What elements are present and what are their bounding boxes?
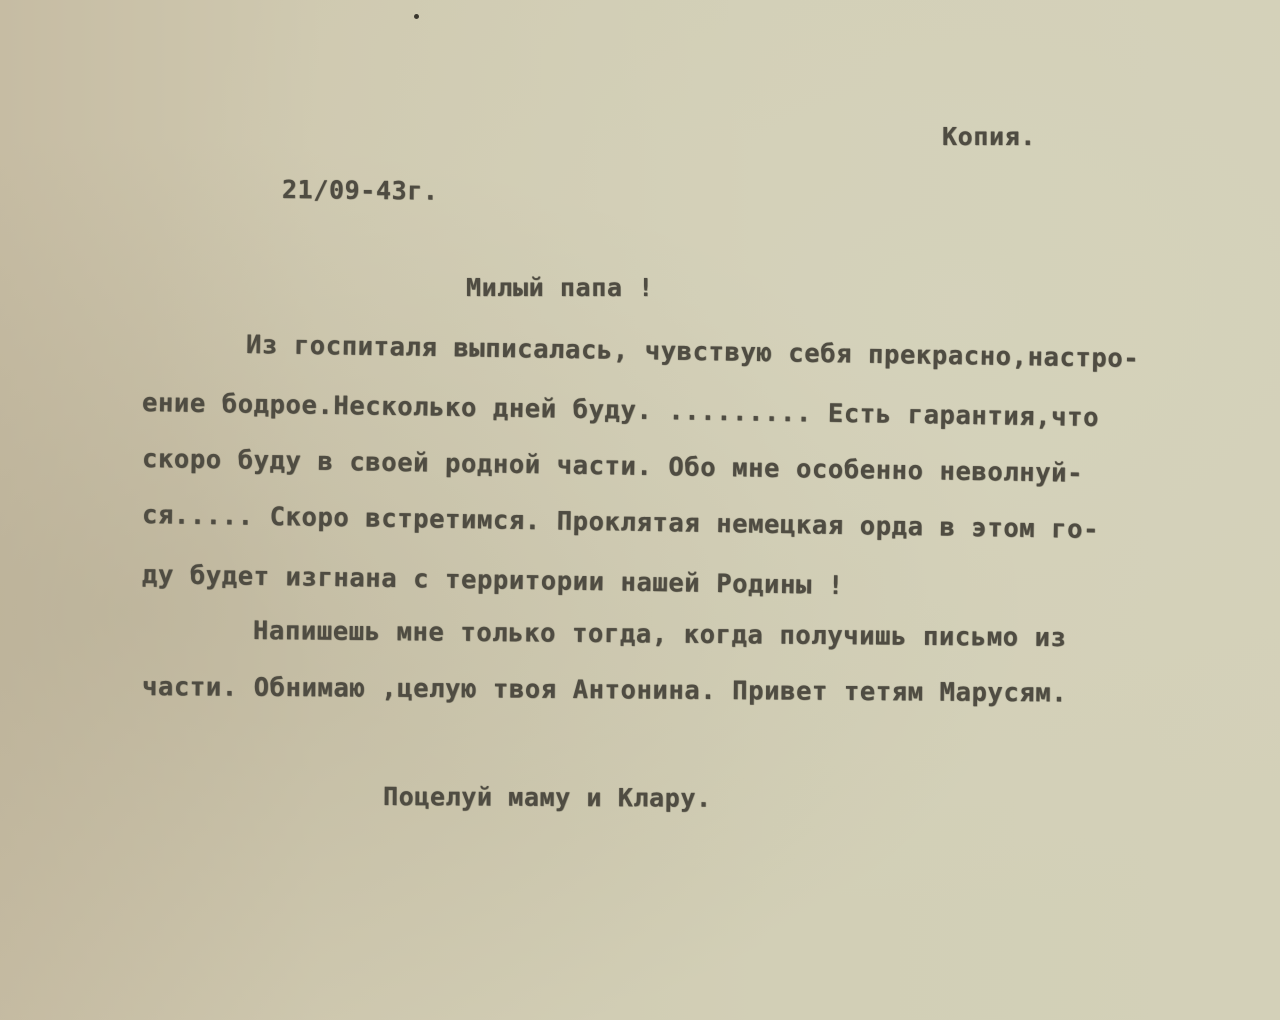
postscript: Поцелуй маму и Клару. [383, 782, 712, 813]
text-line: ду будет изгнана с территории нашей Роди… [142, 560, 844, 601]
text-line: Напишешь мне только тогда, когда получиш… [253, 616, 1067, 653]
text-line: ся..... Скоро встретимся. Проклятая неме… [142, 500, 1099, 545]
text-line: скоро буду в своей родной части. Обо мне… [142, 444, 1084, 489]
letter-date: 21/09-43г. [282, 175, 439, 206]
text-line: ение бодрое.Несколько дней буду. .......… [142, 388, 1099, 433]
salutation: Милый папа ! [466, 273, 654, 302]
text-line: Из госпиталя выписалась, чувствую себя п… [246, 330, 1140, 374]
copy-label: Копия. [942, 122, 1036, 151]
text-line: части. Обнимаю ,целую твоя Антонина. При… [142, 672, 1067, 708]
letter-page: Копия. 21/09-43г. Милый папа ! Из госпит… [0, 0, 1280, 1020]
ink-speck [414, 14, 419, 19]
